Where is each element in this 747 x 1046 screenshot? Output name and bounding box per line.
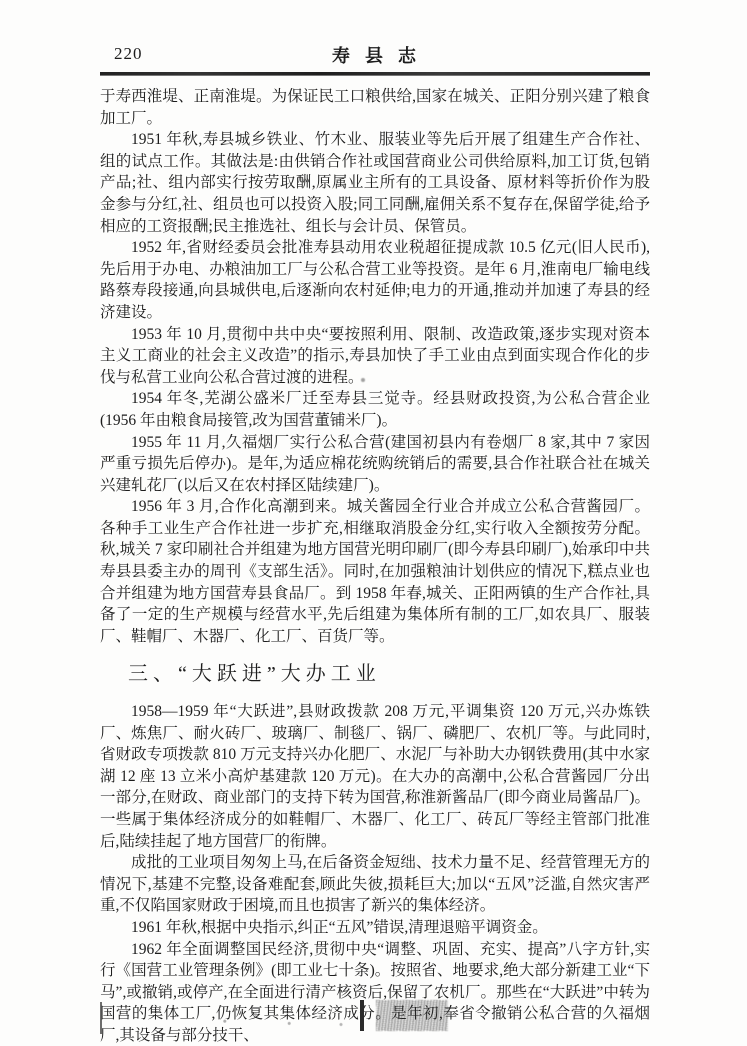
paragraph-1954: 1954 年冬,芜湖公盛米厂迁至寿县三觉寺。经县财政投资,为公私合营企业(195… [100, 388, 650, 431]
section-heading: 三、“大跃进”大办工业 [100, 664, 650, 686]
paragraph-1961: 1961 年秋,根据中央指示,纠正“五风”错误,清理退赔平调资金。 [100, 917, 650, 939]
paragraph-1951: 1951 年秋,寿县城乡铁业、竹木业、服装业等先后开展了组建生产合作社、组的试点… [100, 129, 650, 237]
book-title: 寿 县 志 [100, 42, 650, 68]
page-header: 220 寿 县 志 [100, 42, 650, 68]
scanned-book-page: 220 寿 县 志 于寿西淮堤、正南淮堤。为保证民工口粮供给,国家在城关、正阳分… [0, 0, 747, 1046]
body-text: 于寿西淮堤、正南淮堤。为保证民工口粮供给,国家在城关、正阳分别兴建了粮食加工厂。… [100, 86, 650, 1046]
paragraph-continuation: 于寿西淮堤、正南淮堤。为保证民工口粮供给,国家在城关、正阳分别兴建了粮食加工厂。 [100, 86, 650, 129]
paragraph-1953: 1953 年 10 月,贯彻中共中央“要按照利用、限制、改造政策,逐步实现对资本… [100, 324, 650, 389]
paragraph-1962: 1962 年全面调整国民经济,贯彻中央“调整、巩固、充实、提高”八字方针,实行《… [100, 939, 650, 1046]
paragraph-industry-problems: 成批的工业项目匆匆上马,在后备资金短绌、技术力量不足、经营管理无方的情况下,基建… [100, 852, 650, 917]
paragraph-1956: 1956 年 3 月,合作化高潮到来。城关酱园全行业合并成立公私合营酱园厂。各种… [100, 496, 650, 647]
header-rule [100, 72, 650, 76]
paragraph-1952: 1952 年,省财经委员会批准寿县动用农业税超征提成款 10.5 亿元(旧人民币… [100, 237, 650, 323]
paragraph-1958-1959: 1958—1959 年“大跃进”,县财政拨款 208 万元,平调集资 120 万… [100, 701, 650, 852]
paragraph-1955: 1955 年 11 月,久福烟厂实行公私合营(建国初县内有卷烟厂 8 家,其中 … [100, 432, 650, 497]
